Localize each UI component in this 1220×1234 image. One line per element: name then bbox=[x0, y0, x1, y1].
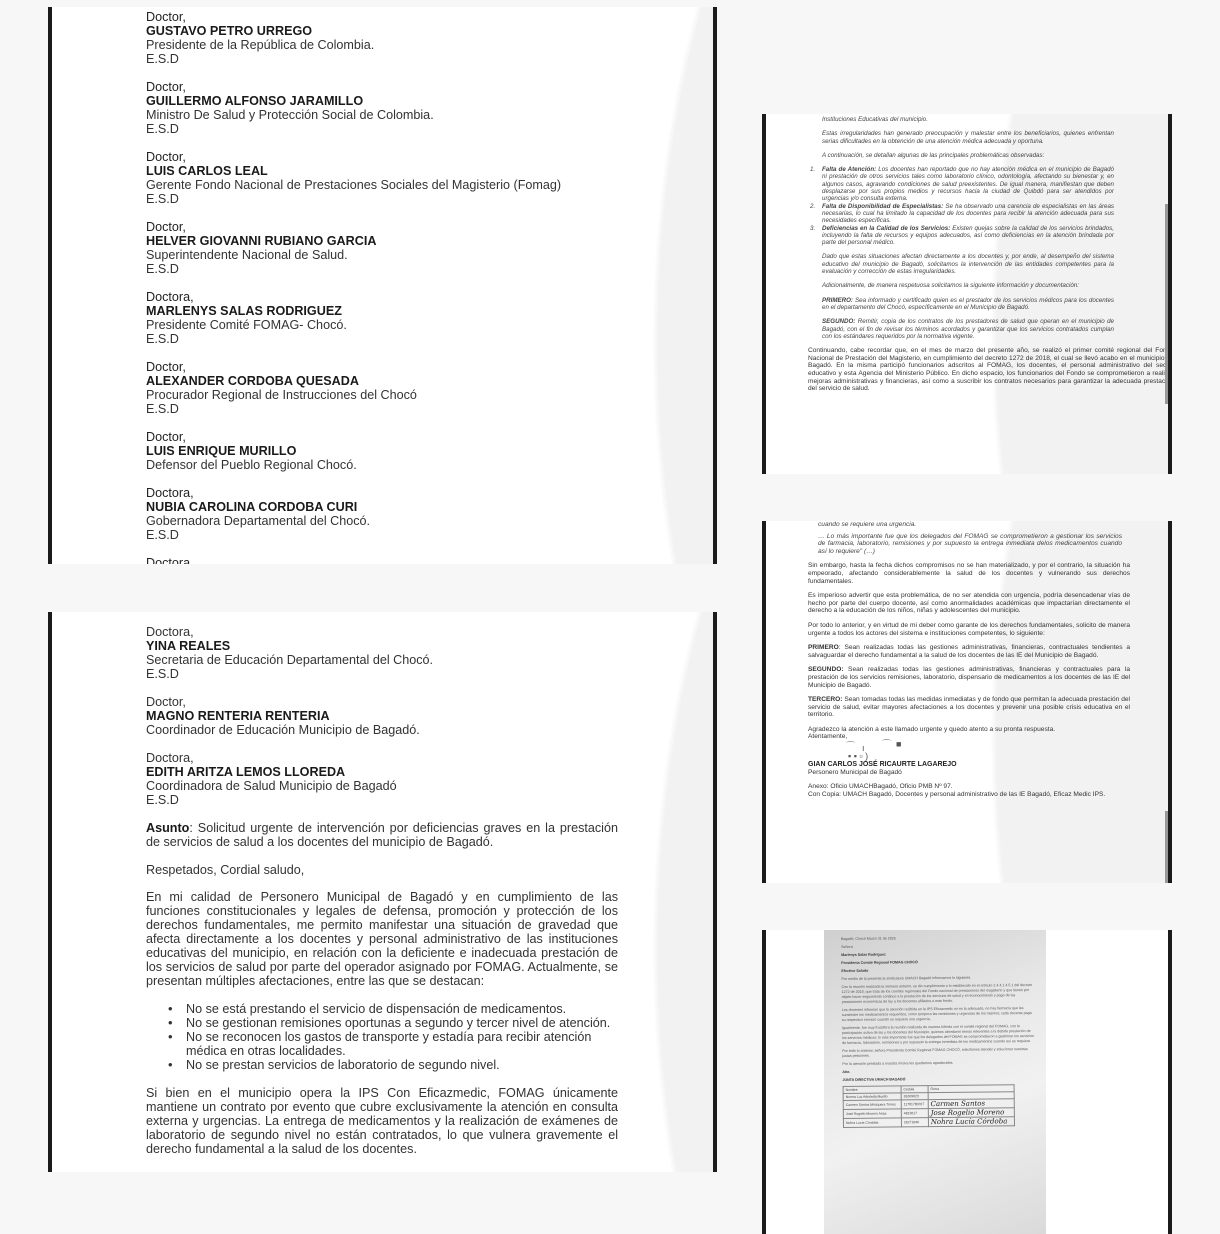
recipient-name: MAGNO RENTERIA RENTERIA bbox=[146, 709, 618, 723]
recipient-salutation: Doctor, bbox=[146, 430, 717, 444]
recipient-salutation: Doctor, bbox=[146, 80, 717, 94]
recipient-salutation: Doctor, bbox=[146, 360, 717, 374]
recipient-role: Coordinador de Educación Municipio de Ba… bbox=[146, 723, 618, 737]
recipient-name: GUSTAVO PETRO URREGO bbox=[146, 24, 717, 38]
request-primero: PRIMERO: Sean realizadas todas las gesti… bbox=[808, 644, 1130, 659]
recipient-salutation-cutoff: Doctora bbox=[146, 556, 717, 564]
paragraph: Por la atención prestada a nuestra misiv… bbox=[842, 1060, 1034, 1067]
recipient-role: Defensor del Pueblo Regional Chocó. bbox=[146, 458, 717, 472]
table-cell: 26271046 bbox=[901, 1118, 928, 1127]
recipient-name: YINA REALES bbox=[146, 639, 618, 653]
subject-text: : Solicitud urgente de intervención por … bbox=[146, 821, 618, 849]
recipient-block: Doctor,MAGNO RENTERIA RENTERIACoordinado… bbox=[146, 695, 618, 737]
date-line: Bagadó, Chocó Marzo 31 de 2025 bbox=[841, 935, 1033, 942]
recipient-name: MARLENYS SALAS RODRIGUEZ bbox=[146, 304, 717, 318]
signer-role: Personero Municipal de Bagadó bbox=[808, 769, 1130, 777]
handwritten-signature: Nohra Lucía Córdoba bbox=[931, 1117, 1008, 1126]
letter-closing-paragraph: Si bien en el municipio opera la IPS Con… bbox=[146, 1086, 618, 1156]
bullet-item: No se gestionan remisiones oportunas a s… bbox=[168, 1016, 618, 1030]
recipient-name: LUIS CARLOS LEAL bbox=[146, 164, 717, 178]
recipient-salutation: Doctor, bbox=[146, 150, 717, 164]
recipient-block: Doctor,ALEXANDER CORDOBA QUESADAProcurad… bbox=[146, 360, 717, 416]
recipient-block: Doctora,EDITH ARITZA LEMOS LLOREDACoordi… bbox=[146, 751, 618, 807]
recipient-block: Doctor,GUILLERMO ALFONSO JARAMILLOMinist… bbox=[146, 80, 717, 136]
request-label: SEGUNDO: bbox=[808, 666, 844, 673]
numbered-item: 1.Falta de Atención: Los docentes han re… bbox=[810, 166, 1114, 202]
request-text: Sea informado y certificado quien es el … bbox=[822, 297, 1114, 311]
recipient-esd: E.S.D bbox=[146, 192, 717, 206]
page-right-border bbox=[1168, 114, 1172, 474]
page-right-border bbox=[713, 612, 717, 1172]
request-segundo: SEGUNDO: Remitir, copia de los contratos… bbox=[822, 318, 1114, 340]
document-page-photo: Bagadó, Chocó Marzo 31 de 2025 Señora Ma… bbox=[762, 930, 1172, 1234]
paragraph: Por todo lo anterior, señora Presidenta … bbox=[842, 1047, 1034, 1059]
handwritten-signature: ⌒ı⌒■ ▪ ▪ ▫ ) bbox=[808, 741, 1130, 761]
recipient-esd: E.S.D bbox=[146, 52, 717, 66]
numbered-item: 3.Deficiencias en la Calidad de los Serv… bbox=[810, 225, 1114, 247]
recipient-salutation: Doctora, bbox=[146, 625, 618, 639]
table-cell: 11781780707 bbox=[901, 1100, 928, 1109]
table-cell: 4813617 bbox=[901, 1109, 928, 1118]
photographed-letter: Bagadó, Chocó Marzo 31 de 2025 Señora Ma… bbox=[824, 930, 1046, 1234]
handwritten-signature: Jose Rogelio Moreno bbox=[931, 1108, 1005, 1117]
recipient-name: HELVER GIOVANNI RUBIANO GARCIA bbox=[146, 234, 717, 248]
request-text: Remitir, copia de los contratos de los p… bbox=[822, 318, 1114, 340]
request-segundo: SEGUNDO: Sean realizadas todas las gesti… bbox=[808, 666, 1130, 689]
request-label: TERCERO: bbox=[808, 696, 842, 703]
letter-greeting: Respetados, Cordial saludo, bbox=[146, 863, 618, 877]
document-page-continuation: Instituciones Educativas del municipio. … bbox=[762, 114, 1172, 474]
item-label: Deficiencias en la Calidad de los Servic… bbox=[822, 225, 950, 232]
letter-subject: Asunto: Solicitud urgente de intervenció… bbox=[146, 821, 618, 849]
paragraph: Con la reunión realizada la semana anter… bbox=[842, 983, 1034, 1005]
greeting: Efectivo Saludo bbox=[841, 967, 1033, 974]
recipient-block: Doctor,GUSTAVO PETRO URREGOPresidente de… bbox=[146, 10, 717, 66]
recipient-role: Ministro De Salud y Protección Social de… bbox=[146, 108, 717, 122]
bullet-item: No se prestan servicios de laboratorio d… bbox=[168, 1058, 618, 1072]
document-page-recipients: Doctor,GUSTAVO PETRO URREGOPresidente de… bbox=[48, 7, 717, 564]
recipient-salutation: Doctor, bbox=[146, 10, 717, 24]
page-left-border bbox=[762, 521, 766, 883]
paragraph: Igualmente, fue muy fructífera la reunió… bbox=[842, 1024, 1034, 1046]
recipient-name: GUILLERMO ALFONSO JARAMILLO bbox=[146, 94, 717, 108]
recipient-role: Gerente Fondo Nacional de Prestaciones S… bbox=[146, 178, 717, 192]
text-line: Instituciones Educativas del municipio. bbox=[822, 116, 1114, 123]
recipient-esd: E.S.D bbox=[146, 667, 618, 681]
recipient-block: Doctor,HELVER GIOVANNI RUBIANO GARCIASup… bbox=[146, 220, 717, 276]
issues-bullet-list: No se está prestando el servicio de disp… bbox=[168, 1002, 618, 1072]
item-number: 3. bbox=[810, 225, 815, 232]
request-label: PRIMERO bbox=[808, 644, 839, 651]
text-line: cuando se requiere una urgencia. bbox=[818, 521, 1122, 529]
subject-label: Asunto bbox=[146, 821, 189, 835]
page-left-border bbox=[762, 114, 766, 474]
recipient-name: Marlenys Salas Rodríguez bbox=[841, 951, 1033, 958]
request-label: PRIMERO: bbox=[822, 297, 853, 304]
recipient-role: Procurador Regional de Instrucciones del… bbox=[146, 388, 717, 402]
signatories-table: NombreCedulaFirma Norma Luz Arboleda Mur… bbox=[843, 1084, 1015, 1128]
paragraph: Adicionalmente, de manera respetuosa sol… bbox=[822, 282, 1114, 289]
recipient-role: Presidente de la República de Colombia. bbox=[146, 38, 717, 52]
recipient-role: Superintendente Nacional de Salud. bbox=[146, 248, 717, 262]
scrollbar-thumb[interactable] bbox=[1165, 204, 1168, 404]
numbered-item: 2.Falta de Disponibilidad de Especialist… bbox=[810, 203, 1114, 225]
table-row: Nohra Lucía Córdoba26271046Nohra Lucía C… bbox=[843, 1117, 1014, 1128]
recipient-salutation: Doctor, bbox=[146, 220, 717, 234]
item-number: 1. bbox=[810, 166, 815, 173]
paragraph: Es imperioso advertir que esta problemát… bbox=[808, 592, 1130, 615]
paragraph: Dado que estas situaciones afectan direc… bbox=[822, 253, 1114, 275]
recipients-list: Doctor,GUSTAVO PETRO URREGOPresidente de… bbox=[48, 7, 717, 564]
recipient-salutation: Doctor, bbox=[146, 695, 618, 709]
cc-line: Con Copia: UMACH Bagadó, Docentes y pers… bbox=[808, 791, 1130, 799]
handwritten-signature: Carmen Santos bbox=[931, 1099, 986, 1108]
recipient-block: Doctor,LUIS ENRIQUE MURILLODefensor del … bbox=[146, 430, 717, 472]
item-label: Falta de Disponibilidad de Especialistas… bbox=[822, 203, 943, 210]
letter-intro-paragraph: En mi calidad de Personero Municipal de … bbox=[146, 890, 618, 988]
paragraph: Por todo lo anterior, y en virtud de mi … bbox=[808, 622, 1130, 637]
page-left-border bbox=[48, 7, 52, 564]
paragraph: Estas irregularidades han generado preoc… bbox=[822, 130, 1114, 145]
paragraph: Sin embargo, hasta la fecha dichos compr… bbox=[808, 562, 1130, 585]
table-cell: Nohra Lucía Córdoba bbox=[928, 1117, 1014, 1127]
recipients-list: Doctora,YINA REALESSecretaria de Educaci… bbox=[146, 625, 618, 807]
problems-numbered-list: 1.Falta de Atención: Los docentes han re… bbox=[810, 166, 1114, 246]
request-text: Sean tomadas todas las medidas inmediata… bbox=[808, 696, 1130, 718]
recipient-esd: E.S.D bbox=[146, 262, 717, 276]
page-right-border bbox=[1168, 521, 1172, 883]
recipient-name: EDITH ARITZA LEMOS LLOREDA bbox=[146, 765, 618, 779]
paragraph: Por medio de la presente la sindicatura … bbox=[841, 975, 1033, 982]
recipient-esd: E.S.D bbox=[146, 332, 717, 346]
document-page-letter-body: Doctora,YINA REALESSecretaria de Educaci… bbox=[48, 612, 717, 1172]
request-tercero: TERCERO: Sean tomadas todas las medidas … bbox=[808, 696, 1130, 719]
recipient-role: Presidenta Comité Regional FOMAG CHOCÓ bbox=[841, 959, 1033, 966]
page-left-border bbox=[762, 930, 766, 1234]
annex-line: Anexo: Oficio UMACHBagadó, Oficio PMB Nº… bbox=[808, 783, 1130, 791]
table-cell: Nohra Lucía Córdoba bbox=[843, 1118, 901, 1128]
paragraph: Continuando, cabe recordar que, en el me… bbox=[808, 347, 1172, 393]
recipient-esd: E.S.D bbox=[146, 402, 717, 416]
document-page-signature: cuando se requiere una urgencia. … Lo má… bbox=[762, 521, 1172, 883]
valediction: Atte. bbox=[842, 1068, 1034, 1075]
bullet-item: No se reconocen los gastos de transporte… bbox=[168, 1030, 618, 1058]
recipient-salutation: Doctora, bbox=[146, 751, 618, 765]
recipient-role: Coordinadora de Salud Municipio de Bagad… bbox=[146, 779, 618, 793]
recipient-role: Gobernadora Departamental del Chocó. bbox=[146, 514, 717, 528]
item-label: Falta de Atención: bbox=[822, 166, 876, 173]
recipient-role: Presidente Comité FOMAG- Chocó. bbox=[146, 318, 717, 332]
recipient-block: Doctor,LUIS CARLOS LEALGerente Fondo Nac… bbox=[146, 150, 717, 206]
paragraph: A continuación, se detallan algunas de l… bbox=[822, 152, 1114, 159]
recipient-esd: E.S.D bbox=[146, 122, 717, 136]
request-primero: PRIMERO: Sea informado y certificado qui… bbox=[822, 297, 1114, 312]
quoted-paragraph: … Lo más importante fue que los delegado… bbox=[818, 533, 1122, 556]
page-left-border bbox=[48, 612, 52, 1172]
recipient-salutation: Doctora, bbox=[146, 486, 717, 500]
page-right-border bbox=[1168, 930, 1172, 1234]
bullet-item: No se está prestando el servicio de disp… bbox=[168, 1002, 618, 1016]
recipient-block: Doctora,NUBIA CAROLINA CORDOBA CURIGober… bbox=[146, 486, 717, 542]
recipient-esd: E.S.D bbox=[146, 528, 717, 542]
salutation: Señora bbox=[841, 943, 1033, 950]
paragraph: Los docentes informan que la atención re… bbox=[842, 1006, 1034, 1023]
recipient-block: Doctora,MARLENYS SALAS RODRIGUEZPresiden… bbox=[146, 290, 717, 346]
recipient-block: Doctora,YINA REALESSecretaria de Educaci… bbox=[146, 625, 618, 681]
recipient-role: Secretaria de Educación Departamental de… bbox=[146, 653, 618, 667]
request-label: SEGUNDO: bbox=[822, 318, 855, 325]
request-text: : Sean realizadas todas las gestiones ad… bbox=[808, 644, 1130, 659]
recipient-name: LUIS ENRIQUE MURILLO bbox=[146, 444, 717, 458]
item-number: 2. bbox=[810, 203, 815, 210]
page-right-border bbox=[713, 7, 717, 564]
scrollbar-thumb[interactable] bbox=[1165, 811, 1168, 883]
recipient-name: ALEXANDER CORDOBA QUESADA bbox=[146, 374, 717, 388]
recipient-name: NUBIA CAROLINA CORDOBA CURI bbox=[146, 500, 717, 514]
recipient-esd: E.S.D bbox=[146, 793, 618, 807]
thanks-line: Agradezco la atención a este llamado urg… bbox=[808, 726, 1130, 734]
valediction: Atentamente, bbox=[808, 733, 1130, 741]
request-text: Sean realizadas todas las gestiones admi… bbox=[808, 666, 1130, 688]
recipient-salutation: Doctora, bbox=[146, 290, 717, 304]
committee-name: JUNTA DIRECTIVA UMACH BAGADÓ bbox=[842, 1076, 1034, 1083]
signer-name: GIAN CARLOS JOSÉ RICAURTE LAGAREJO bbox=[808, 761, 1130, 769]
